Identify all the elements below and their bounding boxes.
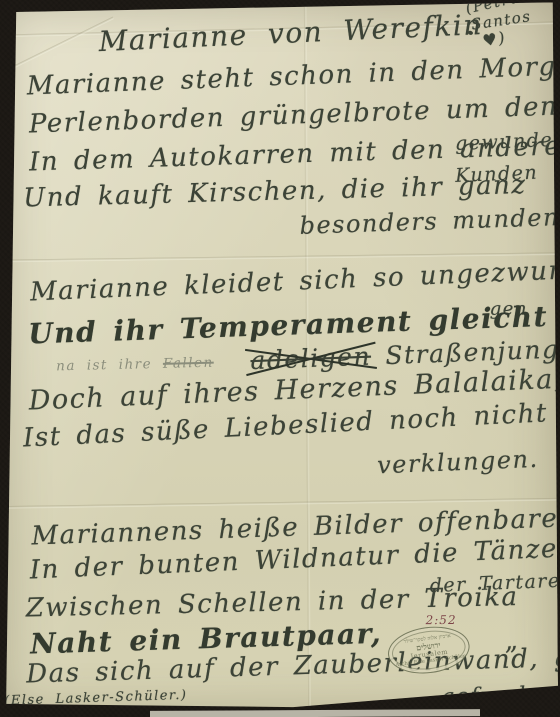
stanza2-line6: verklungen. <box>377 445 540 480</box>
stanza2-line1: Marianne kleidet sich so ungezwun= <box>30 255 560 308</box>
paper-sheet: Marianne von Werefkin (Petru Santos ♥) M… <box>2 2 558 711</box>
author-signature: (Else Lasker-Schüler.) <box>4 688 188 709</box>
pencil-annotation-text: na ist ihre <box>56 356 163 375</box>
archive-number: 2:52 <box>426 613 457 627</box>
crossed-out-word-adeligen: adeligen <box>250 342 372 376</box>
pencil-annotation: na ist ihre Fallen <box>56 355 214 375</box>
stanza3-line5-overflow: gefunden. <box>440 682 560 710</box>
page-title: Marianne von Werefkin <box>98 8 483 58</box>
pencil-crossed-out-word: Fallen <box>163 355 214 372</box>
underlying-page-edge <box>150 709 480 717</box>
stanza1-line5: besonders munden. <box>299 203 560 240</box>
scan-backdrop: Marianne von Werefkin (Petru Santos ♥) M… <box>0 0 560 717</box>
heart-icon: ♥) <box>481 28 508 51</box>
